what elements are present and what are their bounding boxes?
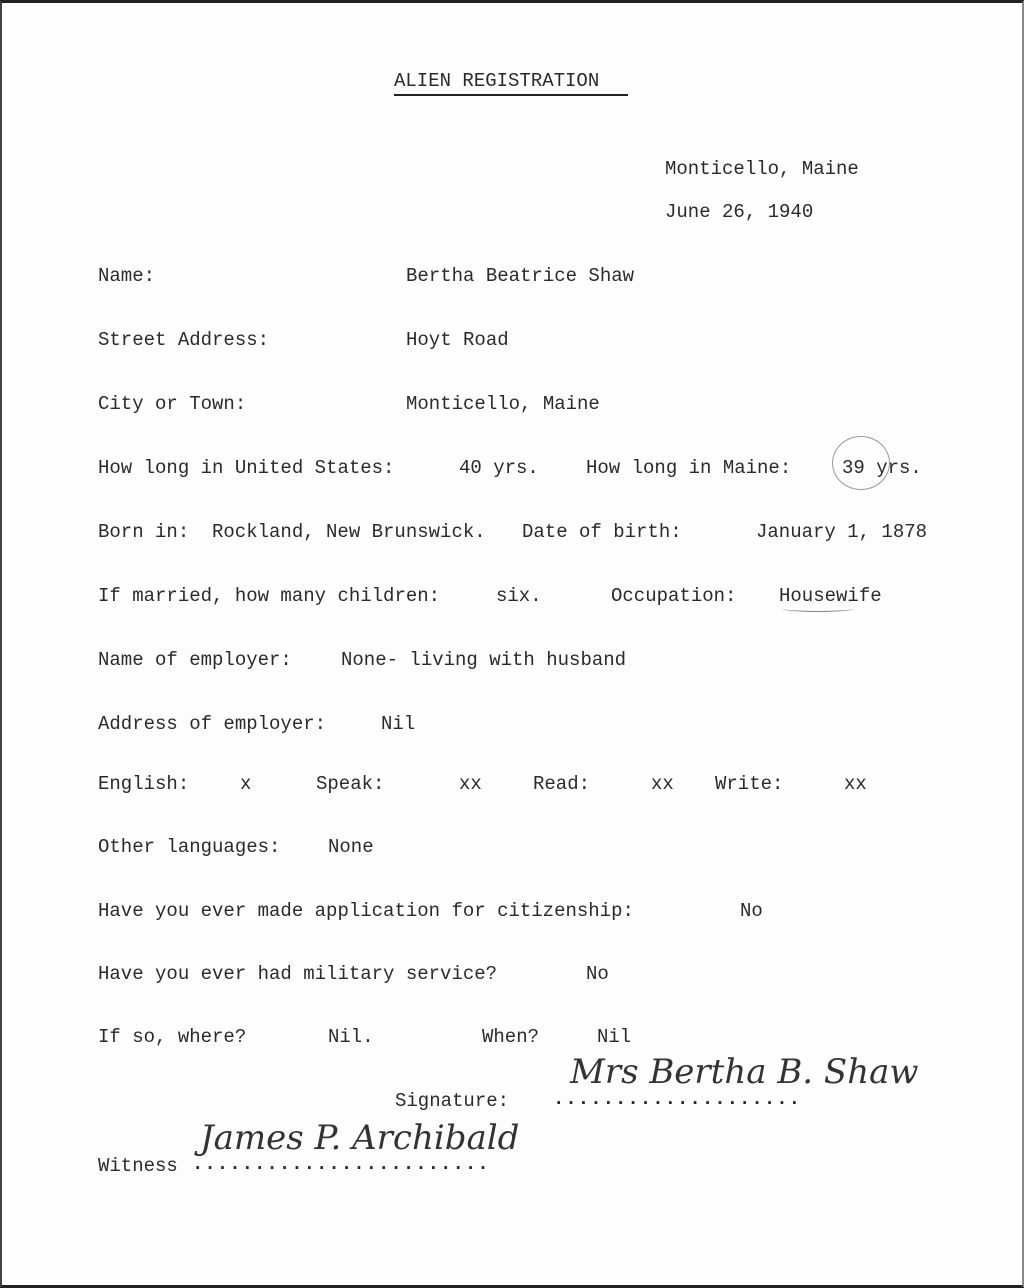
when-value: Nil: [597, 1026, 631, 1048]
occupation-label: Occupation:: [611, 585, 736, 607]
read-label: Read:: [533, 773, 590, 795]
street-value: Hoyt Road: [406, 329, 509, 351]
maine-duration-label: How long in Maine:: [586, 457, 791, 479]
dob-value: January 1, 1878: [756, 521, 927, 543]
speak-label: Speak:: [316, 773, 384, 795]
place: Monticello, Maine: [665, 158, 859, 180]
when-label: When?: [482, 1026, 539, 1048]
born-in-value: Rockland, New Brunswick.: [212, 521, 486, 543]
page-frame: [0, 0, 1024, 1288]
other-languages-label: Other languages:: [98, 836, 280, 858]
born-in-label: Born in:: [98, 521, 189, 543]
employer-address-label: Address of employer:: [98, 713, 326, 735]
signature-label: Signature:: [395, 1090, 509, 1112]
citizenship-value: No: [740, 900, 763, 922]
write-value: xx: [844, 773, 867, 795]
speak-value: xx: [459, 773, 482, 795]
employer-name-value: None- living with husband: [341, 649, 626, 671]
children-value: six.: [496, 585, 542, 607]
occupation-value: Housewife: [779, 585, 882, 607]
employer-address-value: Nil: [381, 713, 415, 735]
where-label: If so, where?: [98, 1026, 246, 1048]
citizenship-label: Have you ever made application for citiz…: [98, 900, 634, 922]
city-label: City or Town:: [98, 393, 246, 415]
city-value: Monticello, Maine: [406, 393, 600, 415]
write-label: Write:: [715, 773, 783, 795]
military-value: No: [586, 963, 609, 985]
english-value: x: [240, 773, 251, 795]
us-duration-value: 40 yrs.: [459, 457, 539, 479]
pencil-underline-mark: [782, 605, 854, 612]
name-value: Bertha Beatrice Shaw: [406, 265, 634, 287]
document-title: ALIEN REGISTRATION: [394, 70, 599, 92]
other-languages-value: None: [328, 836, 374, 858]
title-underline: [394, 94, 628, 96]
military-label: Have you ever had military service?: [98, 963, 497, 985]
where-value: Nil.: [328, 1026, 374, 1048]
date: June 26, 1940: [665, 201, 813, 223]
handwritten-witness-signature: James P. Archibald: [200, 1118, 519, 1158]
english-label: English:: [98, 773, 189, 795]
dob-label: Date of birth:: [522, 521, 682, 543]
read-value: xx: [651, 773, 674, 795]
pencil-circle-mark: [832, 436, 890, 490]
handwritten-signature: Mrs Bertha B. Shaw: [570, 1052, 918, 1092]
us-duration-label: How long in United States:: [98, 457, 394, 479]
children-label: If married, how many children:: [98, 585, 440, 607]
employer-name-label: Name of employer:: [98, 649, 292, 671]
name-label: Name:: [98, 265, 155, 287]
street-label: Street Address:: [98, 329, 269, 351]
witness-label: Witness: [98, 1155, 178, 1177]
